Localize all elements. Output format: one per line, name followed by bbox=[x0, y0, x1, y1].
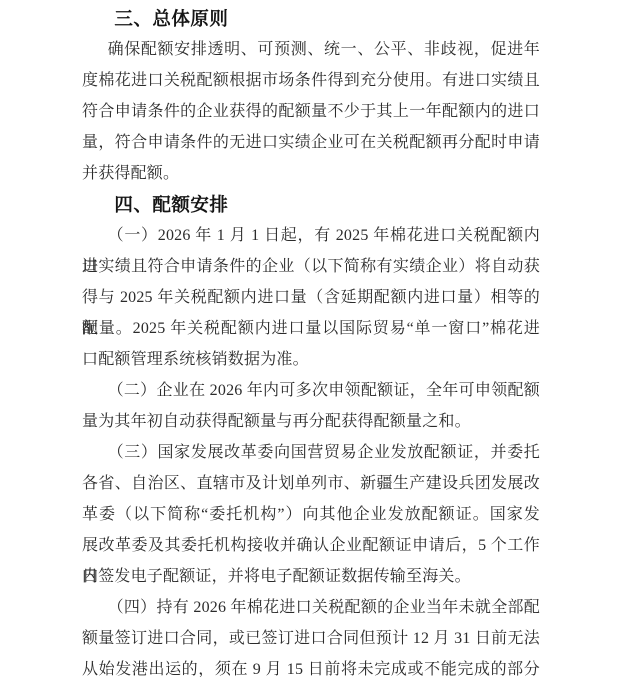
text-line: 得与 2025 年关税配额内进口量（含延期配额内进口量）相等的配 bbox=[82, 282, 540, 313]
text-line: 度棉花进口关税配额根据市场条件得到充分使用。有进口实绩且 bbox=[82, 65, 540, 96]
document-text-block: 三、总体原则 确保配额安排透明、可预测、统一、公平、非歧视，促进年 度棉花进口关… bbox=[82, 3, 540, 677]
document-page: 三、总体原则 确保配额安排透明、可预测、统一、公平、非歧视，促进年 度棉花进口关… bbox=[0, 0, 620, 677]
text-line: 符合申请条件的企业获得的配额量不少于其上一年配额内的进口 bbox=[82, 96, 540, 127]
text-line: 从始发港出运的，须在 9 月 15 日前将未完成或不能完成的部分交 bbox=[82, 654, 540, 677]
text-line: （一）2026 年 1 月 1 日起，有 2025 年棉花进口关税配额内进 bbox=[82, 220, 540, 251]
text-line: 各省、自治区、直辖市及计划单列市、新疆生产建设兵团发展改 bbox=[82, 468, 540, 499]
text-line: 额量。2025 年关税配额内进口量以国际贸易“单一窗口”棉花进 bbox=[82, 313, 540, 344]
text-line: 额量签订进口合同，或已签订进口合同但预计 12 月 31 日前无法 bbox=[82, 623, 540, 654]
text-line: （四）持有 2026 年棉花进口关税配额的企业当年未就全部配 bbox=[82, 592, 540, 623]
text-line: 量，符合申请条件的无进口实绩企业可在关税配额再分配时申请 bbox=[82, 127, 540, 158]
section-heading: 三、总体原则 bbox=[82, 3, 540, 34]
text-line: 革委（以下简称“委托机构”）向其他企业发放配额证。国家发 bbox=[82, 499, 540, 530]
text-line: （二）企业在 2026 年内可多次申领配额证，全年可申领配额 bbox=[82, 375, 540, 406]
text-line: 确保配额安排透明、可预测、统一、公平、非歧视，促进年 bbox=[82, 34, 540, 65]
text-line: 内签发电子配额证，并将电子配额证数据传输至海关。 bbox=[82, 561, 540, 592]
text-line: 并获得配额。 bbox=[82, 158, 540, 189]
text-line: 口实绩且符合申请条件的企业（以下简称有实绩企业）将自动获 bbox=[82, 251, 540, 282]
text-line: 展改革委及其委托机构接收并确认企业配额证申请后，5 个工作日 bbox=[82, 530, 540, 561]
text-line: 口配额管理系统核销数据为准。 bbox=[82, 344, 540, 375]
text-line: 量为其年初自动获得配额量与再分配获得配额量之和。 bbox=[82, 406, 540, 437]
section-heading: 四、配额安排 bbox=[82, 189, 540, 220]
text-line: （三）国家发展改革委向国营贸易企业发放配额证，并委托 bbox=[82, 437, 540, 468]
